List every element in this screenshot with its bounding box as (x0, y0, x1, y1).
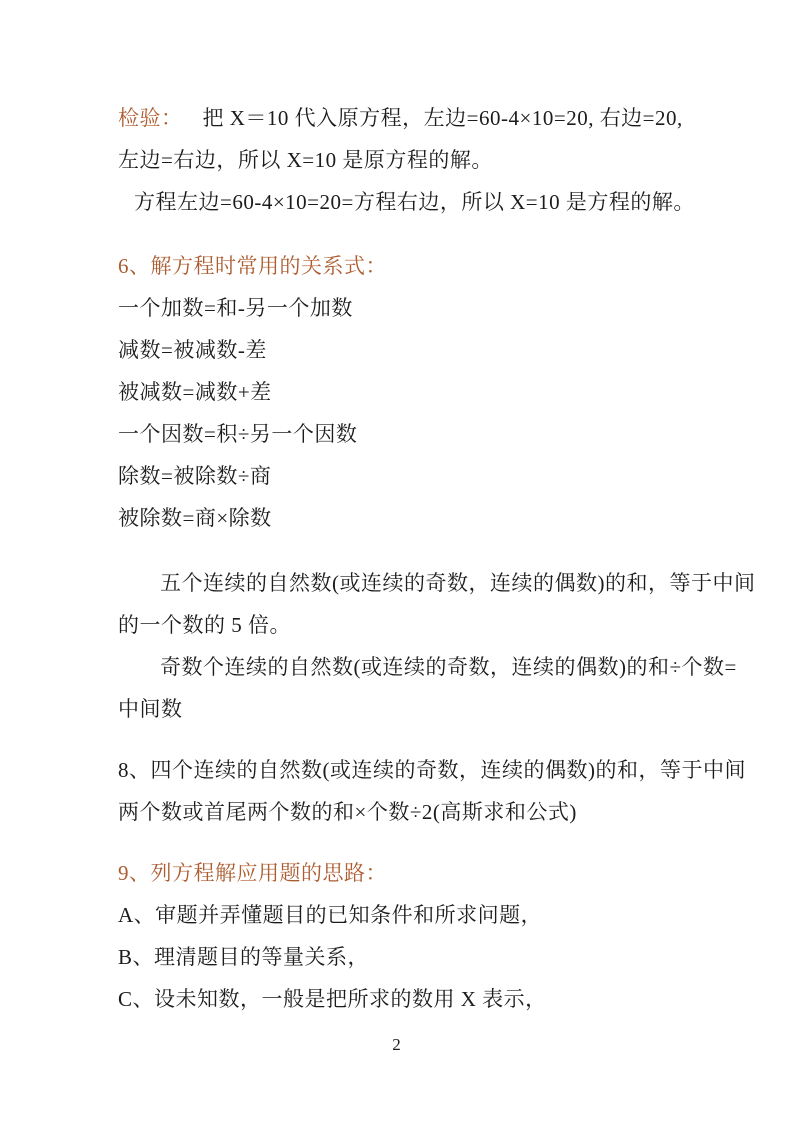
document-page-content: 检验：把 X＝10 代入原方程，左边=60-4×10=20, 右边=20, 左边… (0, 0, 793, 1020)
step-c: C、设未知数，一般是把所求的数用 X 表示， (118, 978, 693, 1020)
sum-of-five-line-2: 的一个数的 5 倍。 (118, 604, 693, 646)
relation-divisor: 除数=被除数÷商 (118, 455, 693, 497)
odd-count-line-1: 奇数个连续的自然数(或连续的奇数，连续的偶数)的和÷个数= (118, 646, 693, 688)
relation-subtrahend: 减数=被减数-差 (118, 329, 693, 371)
relation-addend: 一个加数=和-另一个加数 (118, 287, 693, 329)
step-a: A、审题并弄懂题目的已知条件和所求问题， (118, 894, 693, 936)
verification-paragraph-line-3: 方程左边=60-4×10=20=方程右边，所以 X=10 是方程的解。 (118, 181, 693, 223)
relation-minuend: 被减数=减数+差 (118, 371, 693, 413)
verification-paragraph-line-1: 检验：把 X＝10 代入原方程，左边=60-4×10=20, 右边=20, (118, 97, 693, 139)
relation-dividend: 被除数=商×除数 (118, 497, 693, 539)
section-8-line-1: 8、四个连续的自然数(或连续的奇数，连续的偶数)的和，等于中间 (118, 749, 693, 791)
verification-paragraph-line-2: 左边=右边，所以 X=10 是原方程的解。 (118, 139, 693, 181)
sum-of-five-line-1: 五个连续的自然数(或连续的奇数，连续的偶数)的和，等于中间 (118, 562, 693, 604)
relation-factor: 一个因数=积÷另一个因数 (118, 413, 693, 455)
section-6-heading: 6、解方程时常用的关系式： (118, 245, 693, 287)
page-number: 2 (0, 1034, 793, 1056)
verification-line-1-text: 把 X＝10 代入原方程，左边=60-4×10=20, 右边=20, (203, 106, 683, 130)
step-b: B、理清题目的等量关系， (118, 936, 693, 978)
section-9-heading: 9、列方程解应用题的思路： (118, 852, 693, 894)
verification-label: 检验： (118, 106, 183, 130)
odd-count-line-2: 中间数 (118, 688, 693, 730)
section-8-line-2: 两个数或首尾两个数的和×个数÷2(高斯求和公式) (118, 791, 693, 833)
